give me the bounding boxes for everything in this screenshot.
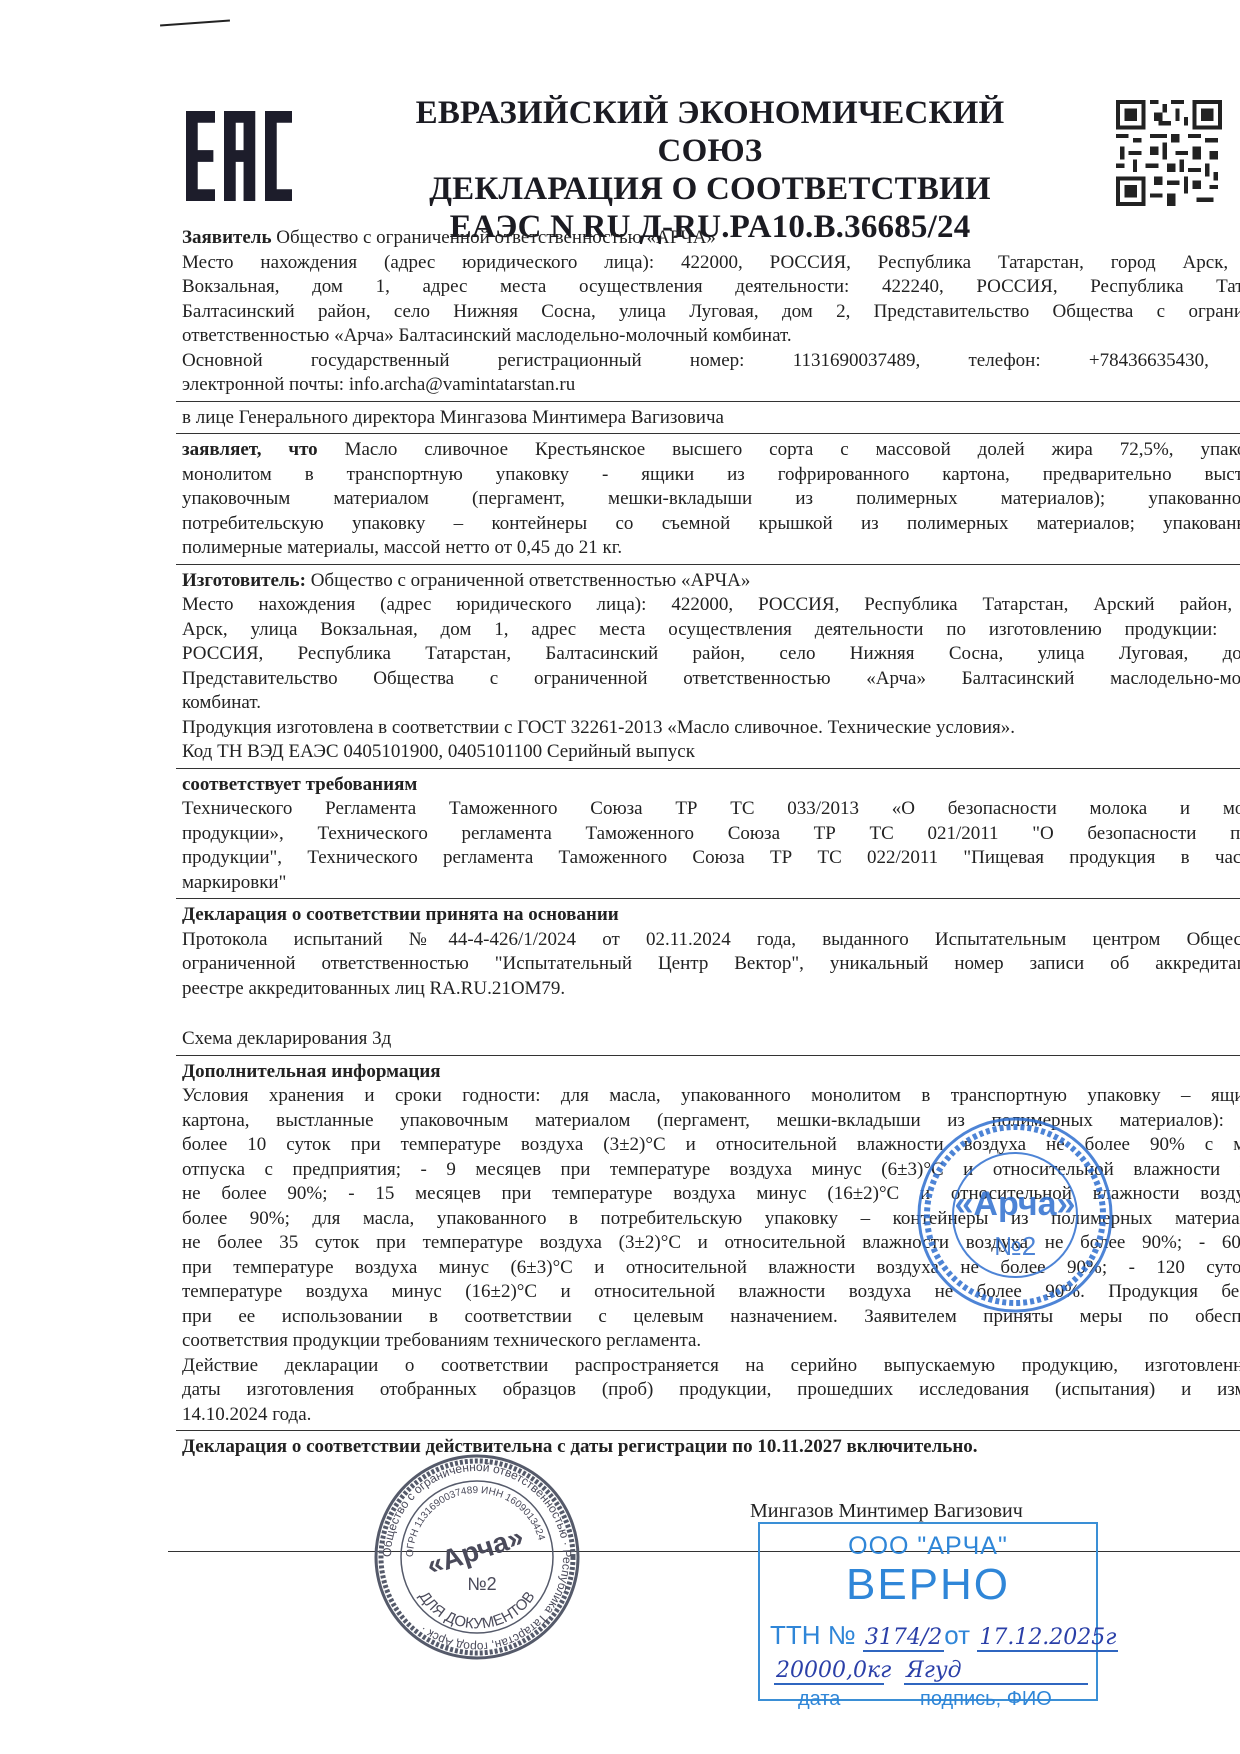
stamp-org: ООО "АРЧА" [760,1532,1096,1561]
ttn-date: 17.12.2025г [977,1625,1118,1652]
svg-text:№2: №2 [994,1231,1036,1261]
qr-code-icon [1116,100,1222,206]
stamp-date-value: 20000,0кг [774,1658,884,1685]
basis-line: реестре аккредитованных лиц RA.RU.21OM79… [182,977,1240,1002]
conforms-line: маркировки" [182,871,1240,896]
manufacturer-line: Представительство Общества с ограниченно… [182,667,1240,692]
eac-logo [186,110,292,202]
applicant-line: Основной государственный регистрационный… [182,349,1240,374]
additional-line: Действие декларации о соответствии распр… [182,1354,1240,1379]
stamp-date-label: дата [798,1688,840,1711]
basis-heading: Декларация о соответствии принята на осн… [182,903,1240,928]
applicant-line: ответственностью «Арча» Балтасинский мас… [182,324,1240,349]
svg-text:«Арча»: «Арча» [423,1521,527,1581]
additional-line: соответствия продукции требованиям техни… [182,1329,1240,1354]
signer-name: Мингазов Минтимер Вагизович [750,1500,1023,1523]
applicant-email: электронной почты: info.archa@vamintatar… [182,373,1240,398]
section-divider [176,898,1240,899]
manufacturer-line: РОССИЯ, Республика Татарстан, Балтасинск… [182,642,1240,667]
stamp-ttn: ТТН № 3174/2от 17.12.2025г [770,1620,1118,1651]
manufacturer-line: Место нахождения (адрес юридического лиц… [182,593,1240,618]
conforms-heading: соответствует требованиям [182,773,1240,798]
representative: в лице Генерального директора Мингазова … [182,406,1240,431]
header-declaration-title: ДЕКЛАРАЦИЯ О СООТВЕТСТВИИ [360,170,1060,208]
eac-letter-a-icon [224,110,255,202]
scan-artifact-line [160,20,230,27]
applicant-line: Вокзальная, дом 1, адрес места осуществл… [182,275,1240,300]
blue-company-seal-icon: «Арча» №2 [915,1115,1115,1315]
manufacturer-standard: Продукция изготовлена в соответствии с Г… [182,716,1240,741]
additional-line: 14.10.2024 года. [182,1403,1240,1428]
eac-letter-c-icon [265,110,292,202]
stamp-signature-label: подпись, ФИО [920,1688,1052,1711]
svg-text:ДЛЯ ДОКУМЕНТОВ: ДЛЯ ДОКУМЕНТОВ [416,1588,539,1632]
additional-heading: Дополнительная информация [182,1060,1240,1085]
stamp-title: ВЕРНО [760,1560,1096,1610]
applicant-heading: Заявитель Общество с ограниченной ответс… [182,226,1240,251]
applicant-line: Место нахождения (адрес юридического лиц… [182,251,1240,276]
conforms-line: продукции", Технического регламента Тамо… [182,846,1240,871]
eac-letter-e-icon [186,110,215,202]
section-divider [176,1055,1240,1056]
additional-line: даты изготовления отобранных образцов (п… [182,1378,1240,1403]
basis-line: Протокола испытаний №44-4-426/1/2024 от … [182,928,1240,953]
svg-text:«Арча»: «Арча» [955,1185,1076,1223]
section-divider [176,768,1240,769]
manufacturer-line: комбинат. [182,691,1240,716]
basis-line: ограниченной ответственностью "Испытател… [182,952,1240,977]
declares-line: потребительскую упаковку – контейнеры со… [182,512,1240,537]
company-seal-icon: Общество с ограниченной ответственностью… [372,1452,582,1662]
svg-text:№2: №2 [467,1574,496,1594]
declares-line: монолитом в транспортную упаковку - ящик… [182,463,1240,488]
certified-copy-stamp: ООО "АРЧА" ВЕРНО ТТН № 3174/2от 17.12.20… [758,1522,1098,1701]
manufacturer-hs-code: Код ТН ВЭД ЕАЭС 0405101900, 0405101100 С… [182,740,1240,765]
section-divider [176,433,1240,434]
declares-line: заявляет, что Масло сливочное Крестьянск… [182,438,1240,463]
conforms-line: продукции», Технического регламента Тамо… [182,822,1240,847]
declaration-scheme: Схема декларирования 3д [182,1027,1240,1052]
stamp-signature-value: Ягуд [904,1658,1088,1685]
document-header: ЕВРАЗИЙСКИЙ ЭКОНОМИЧЕСКИЙ СОЮЗ ДЕКЛАРАЦИ… [360,94,1060,246]
conforms-line: Технического Регламента Таможенного Союз… [182,797,1240,822]
header-union: ЕВРАЗИЙСКИЙ ЭКОНОМИЧЕСКИЙ СОЮЗ [360,94,1060,170]
applicant-line: Балтасинский район, село Нижняя Сосна, у… [182,300,1240,325]
section-divider [176,564,1240,565]
declares-line: упаковочным материалом (пергамент, мешки… [182,487,1240,512]
validity-statement: Декларация о соответствии действительна … [182,1435,1240,1460]
additional-line: Условия хранения и сроки годности: для м… [182,1084,1240,1109]
section-divider [176,1430,1240,1431]
declares-line: полимерные материалы, массой нетто от 0,… [182,536,1240,561]
ttn-number: 3174/2 [863,1625,944,1652]
manufacturer-line: Арск, улица Вокзальная, дом 1, адрес мес… [182,618,1240,643]
manufacturer-heading: Изготовитель: Общество с ограниченной от… [182,569,1240,594]
section-divider [176,401,1240,402]
